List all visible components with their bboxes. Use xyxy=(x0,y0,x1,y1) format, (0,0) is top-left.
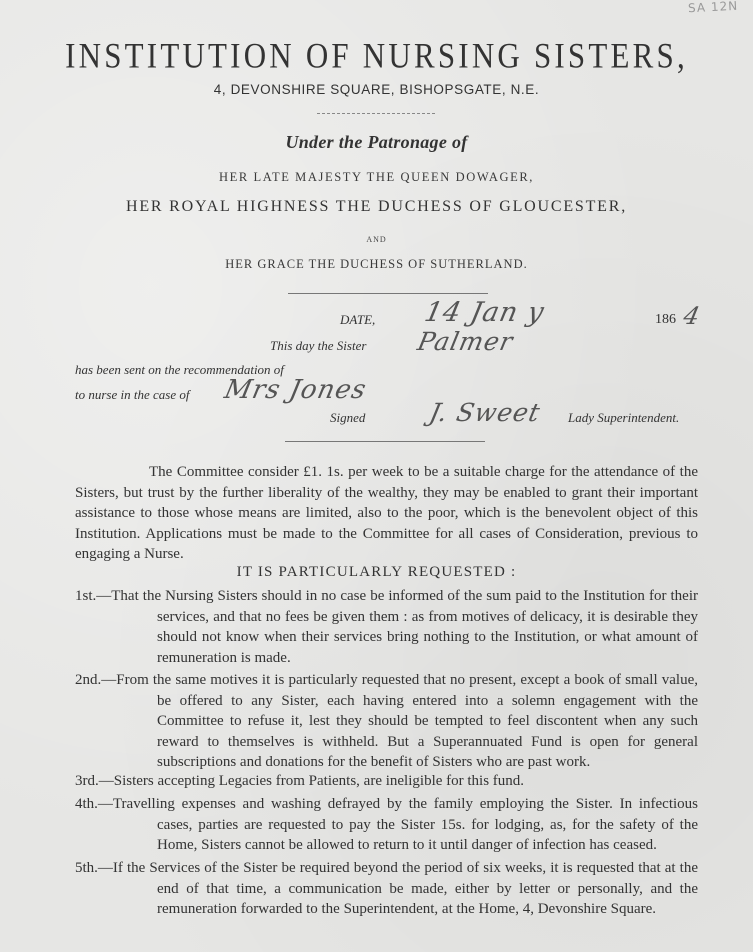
patron-duchess-gloucester: HER ROYAL HIGHNESS THE DUCHESS OF GLOUCE… xyxy=(0,198,753,216)
rule-text: Travelling expenses and washing defrayed… xyxy=(113,796,698,853)
signature-field[interactable]: J. Sweet xyxy=(427,398,543,427)
case-name-field[interactable]: Mrs Jones xyxy=(222,375,370,405)
divider xyxy=(288,293,488,294)
rule-item-4th: 4th.—Travelling expenses and washing def… xyxy=(75,794,698,856)
divider xyxy=(317,113,435,114)
sister-name-field[interactable]: Palmer xyxy=(415,327,516,356)
rule-text: Sisters accepting Legacies from Patients… xyxy=(114,773,524,789)
year-prefix: 186 xyxy=(655,312,676,328)
signer-title: Lady Superintendent. xyxy=(568,410,679,426)
requested-heading: IT IS PARTICULARLY REQUESTED : xyxy=(0,564,753,581)
patron-duchess-sutherland: HER GRACE THE DUCHESS OF SUTHERLAND. xyxy=(0,257,753,272)
date-field[interactable]: 14 Jan y xyxy=(422,297,548,328)
archive-reference-note: SA 12N xyxy=(688,0,739,15)
rule-item-3rd: 3rd.—Sisters accepting Legacies from Pat… xyxy=(75,771,698,792)
patron-queen-dowager: HER LATE MAJESTY THE QUEEN DOWAGER, xyxy=(0,170,753,185)
rule-item-1st: 1st.—That the Nursing Sisters should in … xyxy=(75,586,698,668)
year-field[interactable]: 4 xyxy=(681,302,703,330)
rule-number: 5th.— xyxy=(75,860,113,876)
rule-text: If the Services of the Sister be require… xyxy=(113,860,698,917)
institution-address: 4, DEVONSHIRE SQUARE, BISHOPSGATE, N.E. xyxy=(0,82,753,97)
rule-item-2nd: 2nd.—From the same motives it is particu… xyxy=(75,670,698,773)
sister-label: This day the Sister xyxy=(270,338,366,354)
patronage-heading: Under the Patronage of xyxy=(0,132,753,153)
rule-text: From the same motives it is particularly… xyxy=(116,672,698,770)
signed-label: Signed xyxy=(330,410,365,426)
date-label: DATE, xyxy=(340,312,375,328)
patron-conjunction: AND xyxy=(0,235,753,244)
divider xyxy=(285,441,485,442)
document-title: INSTITUTION OF NURSING SISTERS, xyxy=(0,35,753,76)
rule-number: 3rd.— xyxy=(75,773,114,789)
case-label: to nurse in the case of xyxy=(75,387,189,403)
rule-text: That the Nursing Sisters should in no ca… xyxy=(111,588,698,666)
rule-number: 4th.— xyxy=(75,796,113,812)
terms-paragraph: The Committee consider £1. 1s. per week … xyxy=(75,462,698,565)
rule-number: 1st.— xyxy=(75,588,111,604)
rule-number: 2nd.— xyxy=(75,672,116,688)
rule-item-5th: 5th.—If the Services of the Sister be re… xyxy=(75,858,698,920)
